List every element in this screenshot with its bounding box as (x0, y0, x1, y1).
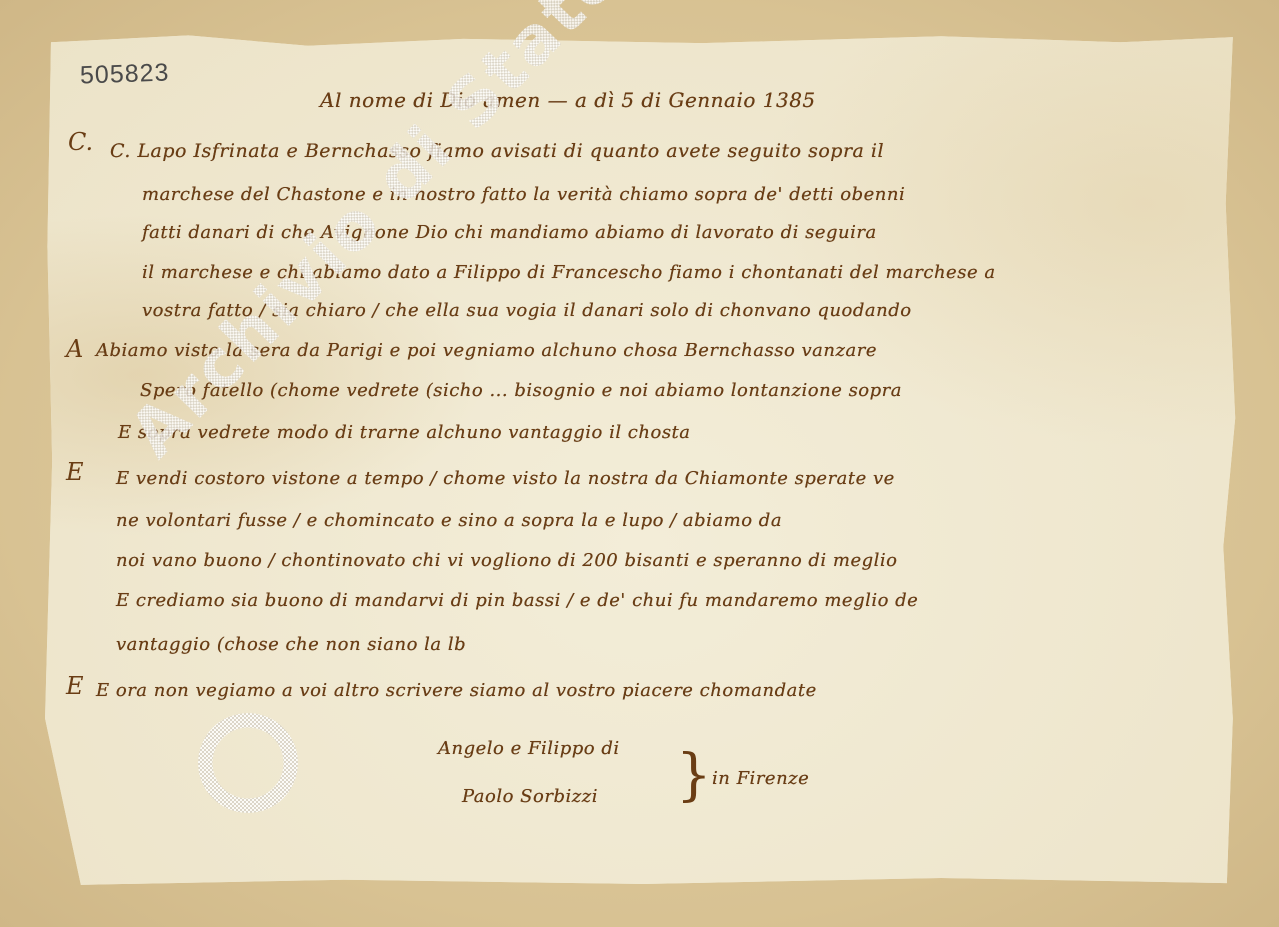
letter-heading: Al nome di Dio amen — a dì 5 di Gennaio … (320, 88, 816, 112)
letter-line-12: E crediamo sia buono di mandarvi di pin … (116, 590, 918, 611)
letter-line-14: E ora non vegiamo a voi altro scrivere s… (96, 680, 817, 701)
paragraph-mark-3: E (66, 458, 84, 486)
copyright-watermark-icon (198, 713, 298, 813)
letter-line-13: vantaggio (chose che non siano la lb (116, 634, 466, 655)
letter-line-2: marchese del Chastone e in nostro fatto … (142, 184, 905, 205)
paragraph-mark-2: A (66, 335, 83, 363)
letter-line-1: C. Lapo Isfrinata e Bernchasso fiamo avi… (110, 140, 884, 162)
letter-line-3: fatti danari di che Avignone Dio chi man… (142, 222, 877, 243)
catalog-number: 505823 (80, 58, 170, 90)
paragraph-mark-4: E (66, 672, 84, 700)
letter-line-10: ne volontari fusse / e chomincato e sino… (116, 510, 782, 531)
letter-line-9: E vendi costoro vistone a tempo / chome … (116, 468, 895, 489)
signature-brace: } (676, 748, 712, 804)
signature-line-1: Angelo e Filippo di (438, 738, 620, 759)
letter-line-11: noi vano buono / chontinovato chi vi vog… (116, 550, 898, 571)
signature-line-2: Paolo Sorbizzi (462, 786, 598, 807)
signature-place: in Firenze (712, 768, 809, 789)
paragraph-mark-1: C. (68, 128, 93, 156)
